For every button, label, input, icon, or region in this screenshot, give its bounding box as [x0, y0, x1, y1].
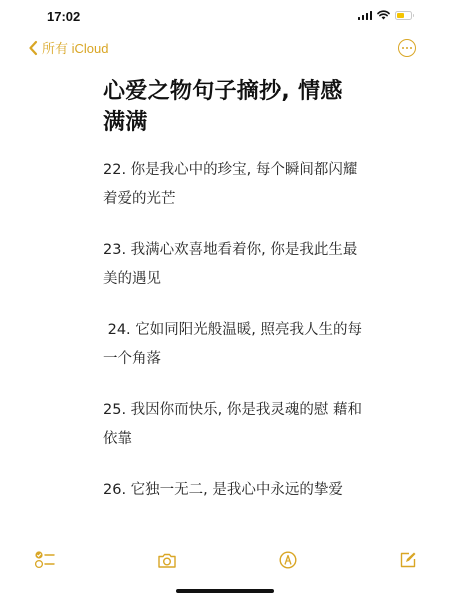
status-bar: 17:02 [0, 0, 450, 32]
markup-pen-icon [279, 551, 297, 569]
note-paragraph: 22. 你是我心中的珍宝, 每个瞬间都闪耀着爱的光芒 [103, 156, 363, 214]
status-time: 17:02 [47, 9, 80, 24]
compose-button[interactable] [396, 546, 420, 574]
more-button[interactable] [398, 39, 416, 57]
checklist-button[interactable] [33, 546, 57, 574]
back-label: 所有 iCloud [42, 38, 108, 57]
back-button[interactable]: 所有 iCloud [28, 38, 108, 57]
note-title: 心爱之物句子摘抄, 情感满满 [103, 76, 363, 138]
note-paragraph: 26. 它独一无二, 是我心中永远的挚爱 [103, 476, 363, 505]
wifi-icon [377, 10, 390, 20]
compose-icon [399, 551, 417, 569]
cellular-signal-icon [358, 11, 373, 20]
battery-icon [395, 11, 412, 20]
camera-button[interactable] [155, 546, 179, 574]
bottom-toolbar [0, 546, 450, 574]
nav-bar: 所有 iCloud [0, 36, 450, 64]
note-paragraph: 25. 我因你而快乐, 你是我灵魂的慰 藉和依靠 [103, 396, 363, 454]
markup-button[interactable] [276, 546, 300, 574]
chevron-left-icon [28, 40, 38, 56]
note-paragraph: 24. 它如同阳光般温暖, 照亮我人生的每一个角落 [103, 316, 363, 374]
home-indicator[interactable] [176, 589, 274, 593]
status-icons [358, 10, 413, 20]
camera-icon [157, 552, 177, 569]
note-body[interactable]: 心爱之物句子摘抄, 情感满满 22. 你是我心中的珍宝, 每个瞬间都闪耀着爱的光… [103, 76, 363, 527]
note-paragraph: 23. 我满心欢喜地看着你, 你是我此生最美的遇见 [103, 236, 363, 294]
checklist-icon [34, 550, 56, 570]
ellipsis-circle-icon [402, 47, 404, 49]
